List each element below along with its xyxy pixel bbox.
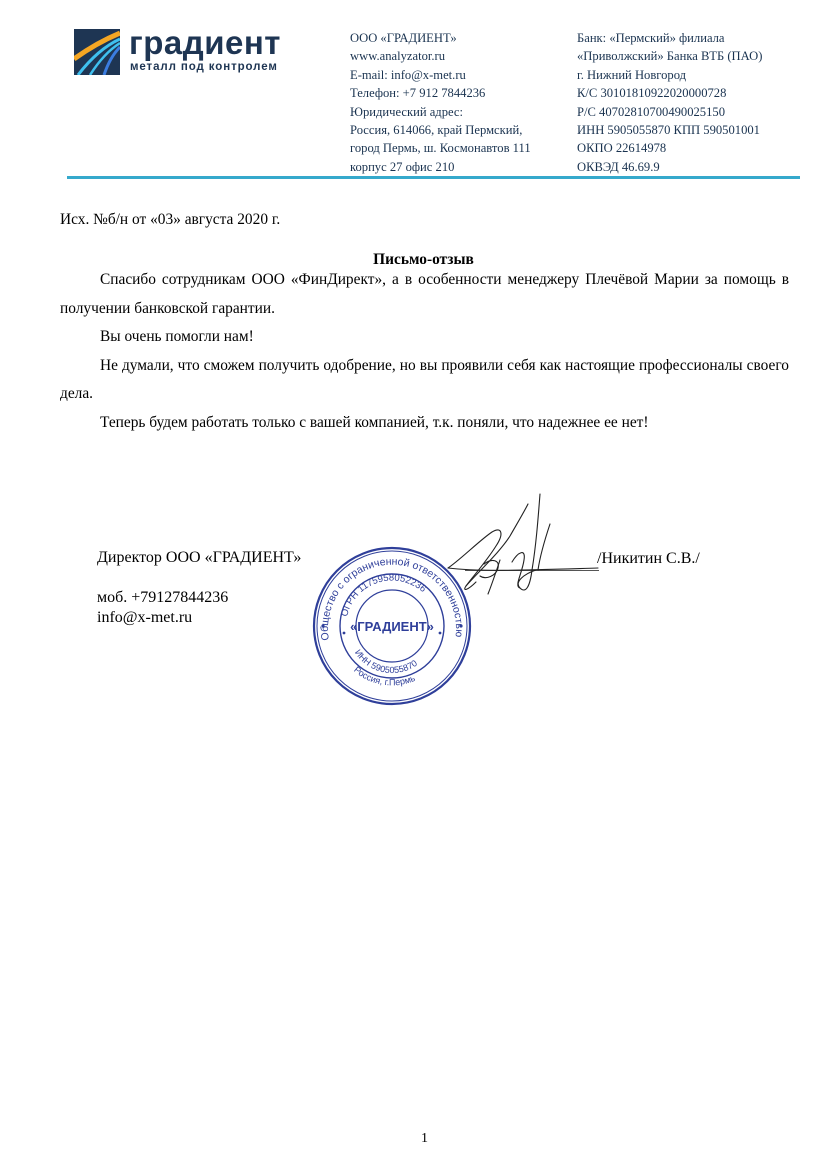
- bank-info: Банк: «Пермский» филиала «Приволжский» Б…: [577, 29, 762, 176]
- legal-address-line: Россия, 614066, край Пермский,: [350, 121, 531, 139]
- page-number: 1: [0, 1131, 827, 1147]
- inn-kpp: ИНН 5905055870 КПП 590501001: [577, 121, 762, 139]
- signatory-name: /Никитин С.В./: [597, 550, 700, 568]
- logo-tagline: металл под контролем: [130, 61, 278, 73]
- bank-line: «Приволжский» Банка ВТБ (ПАО): [577, 47, 762, 65]
- company-phone: Телефон: +7 912 7844236: [350, 84, 531, 102]
- company-name: ООО «ГРАДИЕНТ»: [350, 29, 531, 47]
- company-info: ООО «ГРАДИЕНТ» www.analyzator.ru E-mail:…: [350, 29, 531, 176]
- legal-address-line: город Пермь, ш. Космонавтов 111: [350, 139, 531, 157]
- logo-wordmark: градиент: [129, 23, 281, 63]
- outgoing-reference: Исх. №б/н от «03» августа 2020 г.: [60, 211, 280, 229]
- company-logo: градиент металл под контролем: [74, 29, 304, 77]
- company-email: E-mail: info@x-met.ru: [350, 66, 531, 84]
- bank-line: Банк: «Пермский» филиала: [577, 29, 762, 47]
- stamp-center-name: «ГРАДИЕНТ»: [350, 619, 434, 634]
- company-website: www.analyzator.ru: [350, 47, 531, 65]
- paragraph: Вы очень помогли нам!: [60, 323, 789, 352]
- signatory-email: info@x-met.ru: [97, 608, 192, 628]
- legal-address-line: корпус 27 офис 210: [350, 158, 531, 176]
- settlement-account: Р/С 40702810700490025150: [577, 103, 762, 121]
- handwritten-signature-icon: [440, 490, 600, 600]
- okpo: ОКПО 22614978: [577, 139, 762, 157]
- paragraph: Не думали, что сможем получить одобрение…: [60, 352, 789, 409]
- letter-body: Спасибо сотрудникам ООО «ФинДирект», а в…: [60, 266, 789, 437]
- correspondent-account: К/С 30101810922020000728: [577, 84, 762, 102]
- paragraph: Спасибо сотрудникам ООО «ФинДирект», а в…: [60, 266, 789, 323]
- header-divider: [67, 176, 800, 179]
- paragraph: Теперь будем работать только с вашей ком…: [60, 409, 789, 438]
- okved: ОКВЭД 46.69.9: [577, 158, 762, 176]
- bank-line: г. Нижний Новгород: [577, 66, 762, 84]
- legal-address-label: Юридический адрес:: [350, 103, 531, 121]
- gradient-logo-mark-icon: [74, 29, 120, 75]
- signatory-position: Директор ООО «ГРАДИЕНТ»: [97, 549, 301, 567]
- signatory-phone: моб. +79127844236: [97, 588, 228, 608]
